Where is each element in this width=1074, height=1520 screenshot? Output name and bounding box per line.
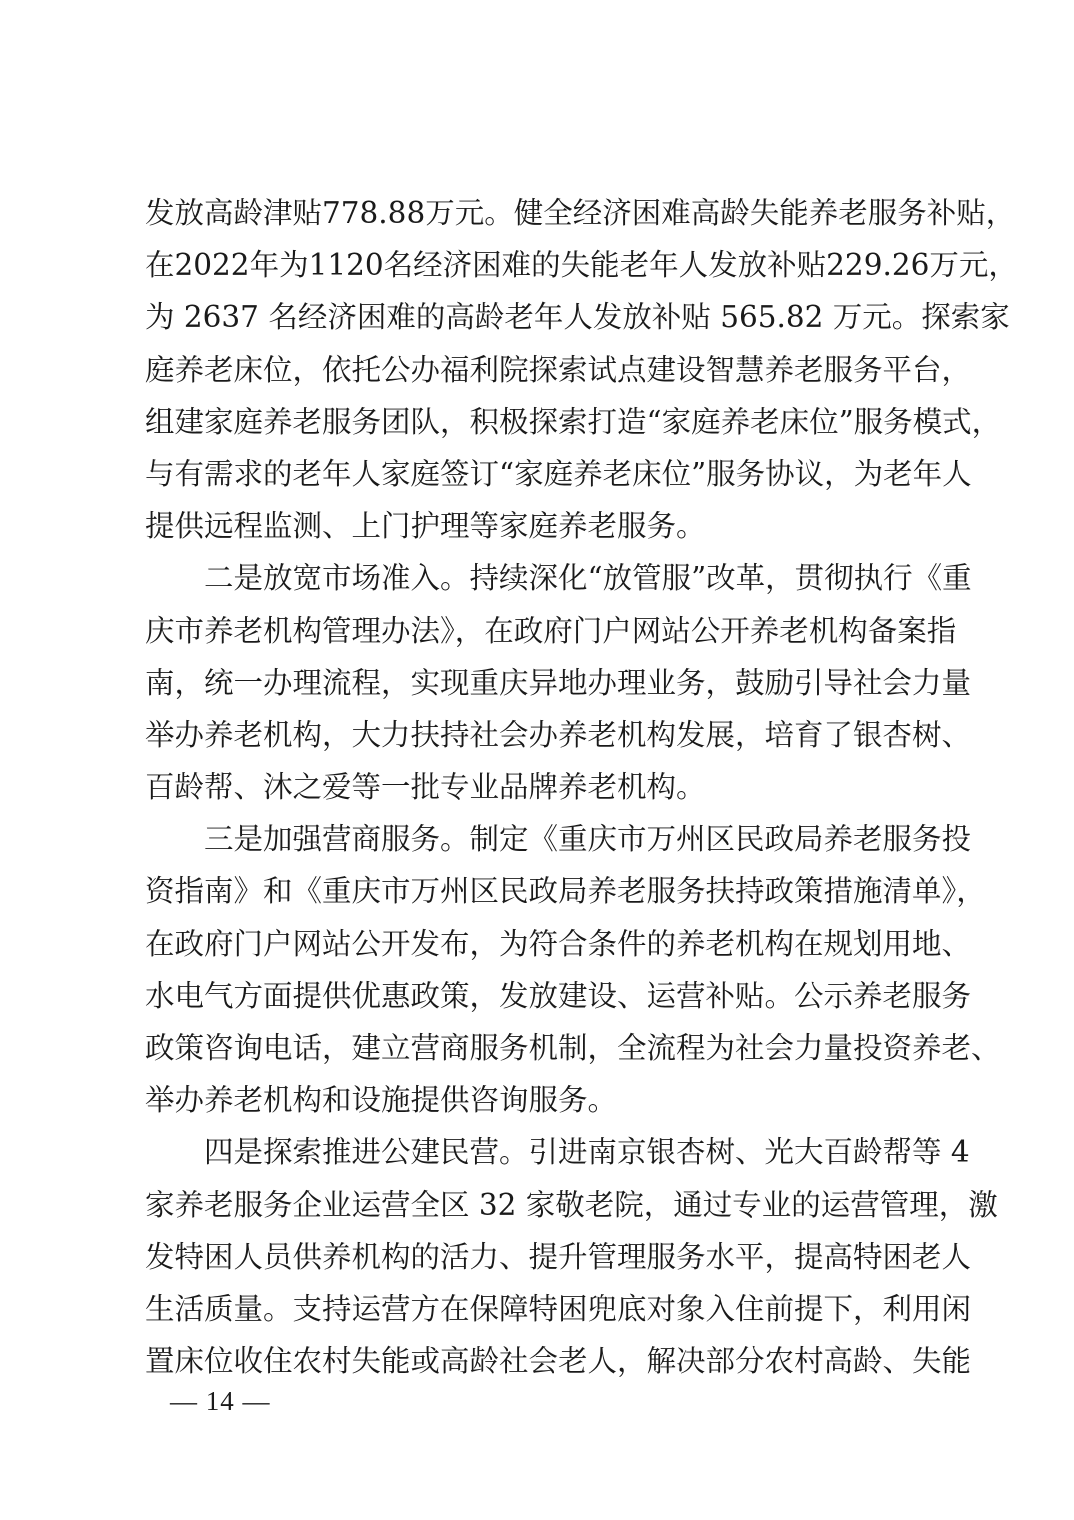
text-line: 与有需求的老年人家庭签订“家庭养老床位”服务协议，为老年人: [145, 448, 942, 500]
text-line: 生活质量。支持运营方在保障特困兜底对象入住前提下，利用闲: [145, 1283, 942, 1335]
text-line: 水电气方面提供优惠政策，发放建设、运营补贴。公示养老服务: [145, 970, 942, 1022]
text-line: 政策咨询电话，建立营商服务机制，全流程为社会力量投资养老、: [145, 1022, 942, 1074]
text-line: 三是加强营商服务。制定《重庆市万州区民政局养老服务投: [145, 813, 942, 865]
text-line: 置床位收住农村失能或高龄社会老人，解决部分农村高龄、失能: [145, 1335, 942, 1387]
text-line: 南，统一办理流程，实现重庆异地办理业务，鼓励引导社会力量: [145, 657, 942, 709]
text-line: 在政府门户网站公开发布，为符合条件的养老机构在规划用地、: [145, 918, 942, 970]
text-line: 提供远程监测、上门护理等家庭养老服务。: [145, 500, 942, 552]
text-line: 四是探索推进公建民营。引进南京银杏树、光大百龄帮等 4: [145, 1126, 942, 1178]
paragraph-market-access: 二是放宽市场准入。持续深化“放管服”改革，贯彻执行《重 庆市养老机构管理办法》，…: [145, 552, 942, 813]
text-line: 组建家庭养老服务团队，积极探索打造“家庭养老床位”服务模式，: [145, 396, 942, 448]
text-line: 家养老服务企业运营全区 32 家敬老院，通过专业的运营管理，激: [145, 1179, 942, 1231]
paragraph-public-private: 四是探索推进公建民营。引进南京银杏树、光大百龄帮等 4 家养老服务企业运营全区 …: [145, 1126, 942, 1387]
text-line: 百龄帮、沐之爱等一批专业品牌养老机构。: [145, 761, 942, 813]
text-line: 发放高龄津贴778.88万元。健全经济困难高龄失能养老服务补贴，: [145, 187, 942, 239]
text-line: 庭养老床位，依托公办福利院探索试点建设智慧养老服务平台，: [145, 344, 942, 396]
text-line: 举办养老机构和设施提供咨询服务。: [145, 1074, 942, 1126]
paragraph-elderly-subsidy: 发放高龄津贴778.88万元。健全经济困难高龄失能养老服务补贴， 在2022年为…: [145, 187, 942, 552]
text-line: 在2022年为1120名经济困难的失能老年人发放补贴229.26万元，: [145, 239, 942, 291]
text-line: 庆市养老机构管理办法》，在政府门户网站公开养老机构备案指: [145, 605, 942, 657]
text-line: 资指南》和《重庆市万州区民政局养老服务扶持政策措施清单》，: [145, 865, 942, 917]
document-page: 发放高龄津贴778.88万元。健全经济困难高龄失能养老服务补贴， 在2022年为…: [145, 187, 942, 1387]
paragraph-business-service: 三是加强营商服务。制定《重庆市万州区民政局养老服务投 资指南》和《重庆市万州区民…: [145, 813, 942, 1126]
text-line: 举办养老机构，大力扶持社会办养老机构发展，培育了银杏树、: [145, 709, 942, 761]
text-line: 二是放宽市场准入。持续深化“放管服”改革，贯彻执行《重: [145, 552, 942, 604]
page-number: — 14 —: [170, 1386, 271, 1417]
text-line: 发特困人员供养机构的活力、提升管理服务水平，提高特困老人: [145, 1231, 942, 1283]
text-line: 为 2637 名经济困难的高龄老年人发放补贴 565.82 万元。探索家: [145, 291, 942, 343]
